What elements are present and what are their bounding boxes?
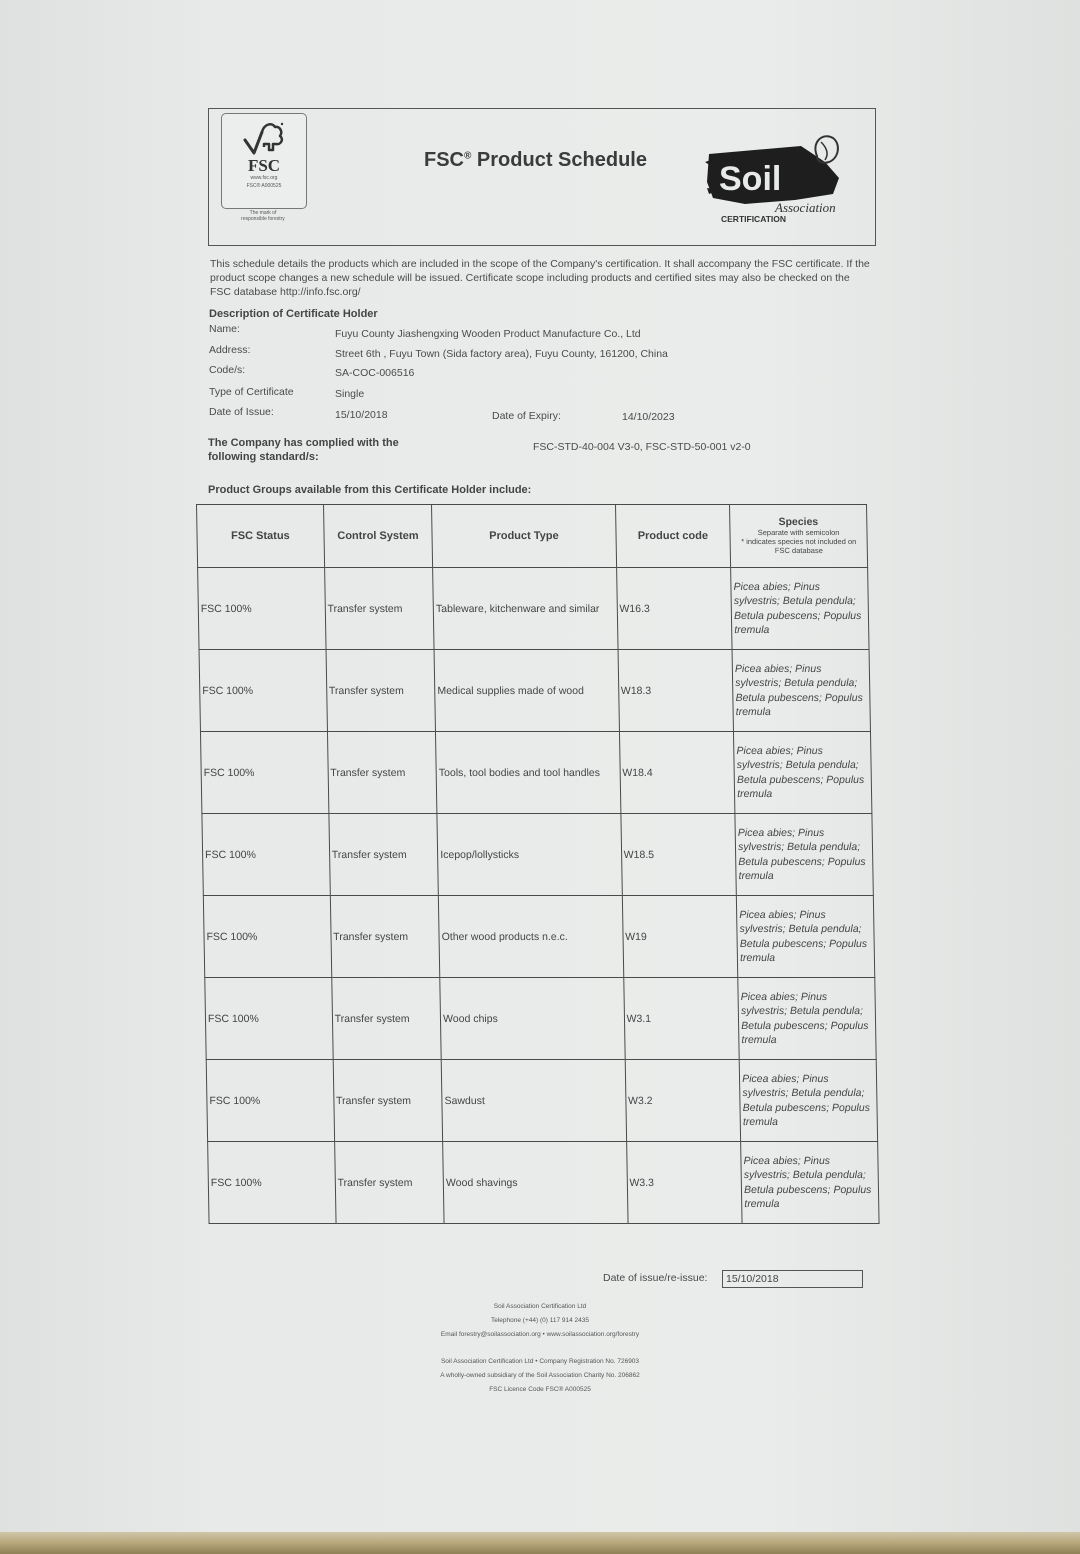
cell-code: W3.1 xyxy=(623,978,739,1060)
footer-legal: Soil Association Certification Ltd • Com… xyxy=(380,1355,700,1397)
page-title: FSC® Product Schedule xyxy=(424,149,647,172)
code-value: SA-COC-006516 xyxy=(335,367,414,379)
table-row: FSC 100% Transfer system Icepop/lollysti… xyxy=(202,814,873,896)
name-value: Fuyu County Jiashengxing Wooden Product … xyxy=(335,328,641,340)
expiry-label: Date of Expiry: xyxy=(492,410,561,422)
code-label: Code/s: xyxy=(209,364,245,376)
cell-status: FSC 100% xyxy=(202,814,330,896)
type-label: Type of Certificate xyxy=(209,386,294,398)
cell-species: Picea abies; Pinus sylvestris; Betula pe… xyxy=(736,896,874,978)
standards-label: The Company has complied with the follow… xyxy=(208,436,428,464)
reissue-label: Date of issue/re-issue: xyxy=(603,1272,707,1284)
col-header-species: Species Separate with semicolon * indica… xyxy=(730,505,868,568)
footer-contact: Soil Association Certification Ltd Telep… xyxy=(380,1300,700,1342)
cell-code: W18.3 xyxy=(618,650,734,732)
species-note-1: Separate with semicolon xyxy=(733,528,865,537)
footer-subsidiary: A wholly-owned subsidiary of the Soil As… xyxy=(380,1369,700,1383)
species-note-2: * indicates species not included on FSC … xyxy=(733,537,865,555)
cell-control: Transfer system xyxy=(327,732,437,814)
cell-status: FSC 100% xyxy=(208,1142,336,1224)
cell-type: Medical supplies made of wood xyxy=(434,650,619,732)
product-groups-heading: Product Groups available from this Certi… xyxy=(208,484,531,496)
col-header-status: FSC Status xyxy=(197,505,325,568)
intro-paragraph: This schedule details the products which… xyxy=(210,257,870,299)
standards-value: FSC-STD-40-004 V3-0, FSC-STD-50-001 v2-0 xyxy=(533,441,751,453)
holder-heading: Description of Certificate Holder xyxy=(209,308,378,320)
table-row: FSC 100% Transfer system Other wood prod… xyxy=(203,896,874,978)
cell-status: FSC 100% xyxy=(198,568,326,650)
type-value: Single xyxy=(335,388,364,400)
footer-company: Soil Association Certification Ltd xyxy=(380,1300,700,1314)
svg-text:Soil: Soil xyxy=(719,160,781,198)
address-label: Address: xyxy=(209,344,250,356)
cell-type: Wood chips xyxy=(440,978,625,1060)
product-groups-table: FSC Status Control System Product Type P… xyxy=(196,504,880,1224)
cell-status: FSC 100% xyxy=(200,732,328,814)
title-fsc: FSC xyxy=(424,149,464,171)
cell-code: W18.5 xyxy=(620,814,736,896)
cell-code: W3.3 xyxy=(626,1142,742,1224)
col-header-type: Product Type xyxy=(432,505,617,568)
soil-association-logo-icon: Soil Association CERTIFICATION xyxy=(705,132,845,228)
issue-value: 15/10/2018 xyxy=(335,409,388,421)
table-row: FSC 100% Transfer system Tableware, kitc… xyxy=(198,568,869,650)
name-label: Name: xyxy=(209,323,240,335)
cell-control: Transfer system xyxy=(329,814,439,896)
expiry-value: 14/10/2023 xyxy=(622,411,675,423)
cell-type: Tools, tool bodies and tool handles xyxy=(436,732,621,814)
cell-species: Picea abies; Pinus sylvestris; Betula pe… xyxy=(734,732,872,814)
cell-species: Picea abies; Pinus sylvestris; Betula pe… xyxy=(732,650,870,732)
cell-type: Icepop/lollysticks xyxy=(437,814,622,896)
fsc-logo: FSC www.fsc.org FSC® A000525 xyxy=(221,113,307,209)
reissue-date-box: 15/10/2018 xyxy=(722,1270,863,1288)
cell-species: Picea abies; Pinus sylvestris; Betula pe… xyxy=(739,1060,877,1142)
fsc-tagline-line-2: responsible forestry xyxy=(221,216,305,222)
species-title: Species xyxy=(778,516,818,528)
cell-control: Transfer system xyxy=(331,978,441,1060)
cell-species: Picea abies; Pinus sylvestris; Betula pe… xyxy=(735,814,873,896)
cell-status: FSC 100% xyxy=(205,978,333,1060)
fsc-logo-url: www.fsc.org xyxy=(222,174,306,182)
table-row: FSC 100% Transfer system Wood shavings W… xyxy=(208,1142,879,1224)
table-row: FSC 100% Transfer system Tools, tool bod… xyxy=(200,732,871,814)
fsc-logo-word: FSC xyxy=(222,158,306,174)
cell-status: FSC 100% xyxy=(199,650,327,732)
cell-control: Transfer system xyxy=(324,568,434,650)
fsc-checkmark-tree-icon xyxy=(242,120,286,158)
cell-species: Picea abies; Pinus sylvestris; Betula pe… xyxy=(731,568,869,650)
cell-control: Transfer system xyxy=(334,1142,444,1224)
footer-registration: Soil Association Certification Ltd • Com… xyxy=(380,1355,700,1369)
cell-type: Other wood products n.e.c. xyxy=(438,896,623,978)
cell-control: Transfer system xyxy=(326,650,436,732)
col-header-control: Control System xyxy=(323,505,433,568)
cell-type: Wood shavings xyxy=(443,1142,628,1224)
footer-licence: FSC Licence Code FSC® A000525 xyxy=(380,1383,700,1397)
soil-association-logo: Soil Association CERTIFICATION xyxy=(705,132,845,228)
table-surface xyxy=(0,1532,1080,1554)
cell-code: W18.4 xyxy=(619,732,735,814)
footer-telephone: Telephone (+44) (0) 117 914 2435 xyxy=(380,1314,700,1328)
col-header-code: Product code xyxy=(615,505,731,568)
issue-label: Date of Issue: xyxy=(209,406,274,418)
cell-type: Tableware, kitchenware and similar xyxy=(433,568,618,650)
table-header-row: FSC Status Control System Product Type P… xyxy=(197,505,868,568)
cell-code: W19 xyxy=(622,896,738,978)
cell-species: Picea abies; Pinus sylvestris; Betula pe… xyxy=(738,978,876,1060)
svg-text:Association: Association xyxy=(774,200,836,215)
cell-type: Sawdust xyxy=(441,1060,626,1142)
address-value: Street 6th , Fuyu Town (Sida factory are… xyxy=(335,348,668,360)
table-row: FSC 100% Transfer system Wood chips W3.1… xyxy=(205,978,876,1060)
cell-code: W3.2 xyxy=(625,1060,741,1142)
title-rest: Product Schedule xyxy=(471,149,647,171)
cell-code: W16.3 xyxy=(616,568,732,650)
fsc-logo-tagline: The mark of responsible forestry xyxy=(221,210,305,222)
cell-control: Transfer system xyxy=(330,896,440,978)
document-page: FSC www.fsc.org FSC® A000525 The mark of… xyxy=(0,0,1080,1534)
cell-status: FSC 100% xyxy=(203,896,331,978)
table-row: FSC 100% Transfer system Sawdust W3.2 Pi… xyxy=(206,1060,877,1142)
footer-email-web: Email forestry@soilassociation.org • www… xyxy=(380,1328,700,1342)
cell-species: Picea abies; Pinus sylvestris; Betula pe… xyxy=(741,1142,879,1224)
cell-status: FSC 100% xyxy=(206,1060,334,1142)
table-row: FSC 100% Transfer system Medical supplie… xyxy=(199,650,870,732)
cell-control: Transfer system xyxy=(333,1060,443,1142)
svg-text:CERTIFICATION: CERTIFICATION xyxy=(721,214,786,224)
fsc-logo-licence: FSC® A000525 xyxy=(222,182,306,190)
